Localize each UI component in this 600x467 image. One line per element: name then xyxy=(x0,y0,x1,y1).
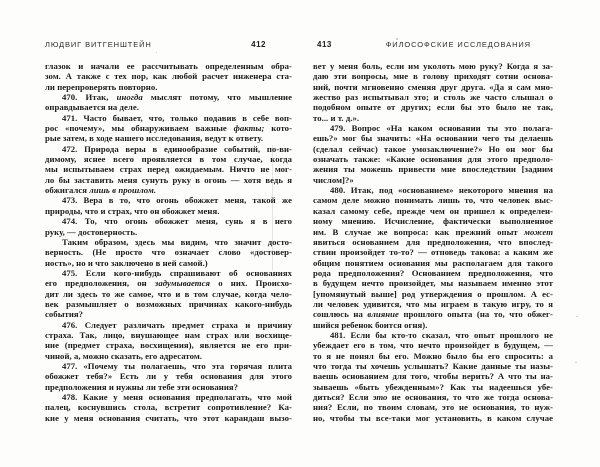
text-line: 473. Вера в то, что огонь обожжет меня, … xyxy=(45,195,292,205)
text-line: обжигался лишь в прошлом. xyxy=(45,185,292,195)
text-line: рые затем, в ходе нашего исследования, в… xyxy=(45,133,292,143)
text-line: палец, коснувшись стола, встретит сопрот… xyxy=(45,402,292,412)
text-line: век размышляет о возможных причинах како… xyxy=(45,299,292,309)
text-line: (сделал сейчас) такое умозаключение?» Но… xyxy=(313,144,553,154)
text-line: мы испытываем страх перед ожидаемым. Нич… xyxy=(45,164,292,174)
text-line: ние (предмет страха, восхищения), являет… xyxy=(45,340,292,350)
text-line: убеждает его в том, что нечто произойдет… xyxy=(313,340,553,350)
text-line: оправдывается на деле. xyxy=(45,102,292,112)
text-line: вет у меня боль, если им уколоть мою рук… xyxy=(313,61,553,71)
text-line: что тогда ты хочешь услышать? Какие данн… xyxy=(313,361,553,371)
text-line: общим понятием основания мы располагаем … xyxy=(313,258,553,268)
text-line: верность. (Не просто что означает слово … xyxy=(45,247,292,257)
text-line: ваешь основанием для того, чтобы верить?… xyxy=(313,371,553,381)
text-line: 470. Итак, иногда мыслят потому, что мыш… xyxy=(45,92,292,102)
gutter-shadow xyxy=(272,145,273,270)
text-line: страха. Так, лицо, внушающее нам страх и… xyxy=(45,330,292,340)
text-line: самом деле можно понимать лишь то, что ч… xyxy=(313,195,553,205)
text-line: руку, — достоверность. xyxy=(45,227,292,237)
text-line: 478. Какие у меня основания предполагать… xyxy=(45,392,292,402)
scan-speck xyxy=(576,316,578,317)
text-line: зываешь «быть убежденным»? Как ты надееш… xyxy=(313,382,553,392)
scan-speck xyxy=(156,52,157,53)
text-line: 479. Вопрос «На каком основании ты это п… xyxy=(313,123,553,133)
text-line: диться? Если это не основания, то что же… xyxy=(313,392,553,402)
page-number-left: 412 xyxy=(251,40,266,49)
text-line: то я не понял бы его. Можно было бы его … xyxy=(313,351,553,361)
text-line: глазок и начали ее рассчитывать определе… xyxy=(45,61,292,71)
text-line: 480. Итак, под «основанием» некоторого м… xyxy=(313,185,553,195)
text-line: ешь?» мог бы значить: «На основании чего… xyxy=(313,133,553,143)
text-line: то... и т. д.». xyxy=(313,113,553,123)
text-line: природы, что и страх, что он обожжет мен… xyxy=(45,206,292,216)
text-line: ло бы заставить меня сунуть руку в огонь… xyxy=(45,175,292,185)
running-head-left: ЛЮДВИГ ВИТГЕНШТЕЙН 412 xyxy=(45,40,292,52)
page-number-right: 413 xyxy=(317,40,332,49)
text-line: 477. «Почему ты полагаешь, что эта горяч… xyxy=(45,361,292,371)
running-title-author: ЛЮДВИГ ВИТГЕНШТЕЙН xyxy=(45,40,152,48)
scan-speck xyxy=(396,38,398,40)
page-text-left: глазок и начали ее рассчитывать определе… xyxy=(45,61,292,423)
text-line: предположения и нужны ли тебе эти основа… xyxy=(45,382,292,392)
text-line: обожжет тебя?» Есть ли у тебя основания … xyxy=(45,371,292,381)
text-line: сошлюсь на влияние прошлого опыта (на то… xyxy=(313,309,553,319)
text-line: в будущем нечто произойдет, мы называем … xyxy=(313,278,553,288)
text-line: ния? Если, по твоим словам, это не основ… xyxy=(313,402,553,412)
text-line: 476. Следует различать предмет страха и … xyxy=(45,320,292,330)
book-scan-spread: ЛЮДВИГ ВИТГЕНШТЕЙН 412 глазок и начали е… xyxy=(0,0,600,467)
text-line: зом. А также с тех пор, как любой расчет… xyxy=(45,71,292,81)
text-line: кие у меня основания считать, что этот к… xyxy=(45,413,292,423)
text-line: жения ты можешь привести мне впоследстви… xyxy=(313,164,553,174)
text-line: 472. Природа веры в единообразие событий… xyxy=(45,144,292,154)
text-line: 475. Если кого-нибудь спрашивают об осно… xyxy=(45,268,292,278)
text-line: дит ли здесь то же самое, что и в том сл… xyxy=(45,289,292,299)
page-right: 413 ФИЛОСОФСКИЕ ИССЛЕДОВАНИЯ вет у меня … xyxy=(313,40,553,423)
text-line: рос «почему», мы обнаруживаем важные фак… xyxy=(45,123,292,133)
text-line: 471. Часто бывает, что, только подавив в… xyxy=(45,113,292,123)
text-line: шийся ребенок боится огня). xyxy=(313,320,553,330)
text-line: события? xyxy=(45,309,292,319)
text-line: 481. Если бы кто-то сказал, что опыт про… xyxy=(313,330,553,340)
text-line: ному мнению. Исчисление, фактически выпо… xyxy=(313,216,553,226)
text-line: означать также: «Какие основания для это… xyxy=(313,154,553,164)
page-left: ЛЮДВИГ ВИТГЕНШТЕЙН 412 глазок и начали е… xyxy=(45,40,292,423)
text-line: ствии произойдет то-то? — отповедь таков… xyxy=(313,247,553,257)
text-line: жество раз испытывал это; и столь же час… xyxy=(313,92,553,102)
text-line: рода предположения? Основанием предполож… xyxy=(313,268,553,278)
text-line: ность», но и что заключено в ней самой.) xyxy=(45,258,292,268)
scan-speck xyxy=(575,362,577,363)
text-line: даю эти вопросы, мне в голову приходят с… xyxy=(313,71,553,81)
text-line: ли человек удивится, что мы играем в так… xyxy=(313,299,553,309)
text-line: казал самому себе, прежде чем он пришел … xyxy=(313,206,553,216)
text-line: подобном опыте от других; если бы это бы… xyxy=(313,102,553,112)
text-line: димому, яснее всего проявляется в том сл… xyxy=(45,154,292,164)
text-line: ли перепроверять повторно. xyxy=(45,82,292,92)
text-line: числом]?» xyxy=(313,175,553,185)
text-line: его предположения, он задумывается о них… xyxy=(45,278,292,288)
text-line: явиться основанием для предположения, чт… xyxy=(313,237,553,247)
text-line: [упомянутый выше] род утверждения о прош… xyxy=(313,289,553,299)
text-line: чиной, а, можно сказать, его адресатом. xyxy=(45,351,292,361)
text-line: но, чтобы ты все-таки мог установить, в … xyxy=(313,413,553,423)
text-line: им. В случае же вопроса: как прежний опы… xyxy=(313,227,553,237)
text-line: Таким образом, здесь мы видим, что значи… xyxy=(45,237,292,247)
running-head-right: 413 ФИЛОСОФСКИЕ ИССЛЕДОВАНИЯ xyxy=(313,40,553,52)
running-title-book: ФИЛОСОФСКИЕ ИССЛЕДОВАНИЯ xyxy=(386,40,531,48)
page-text-right: вет у меня боль, если им уколоть мою рук… xyxy=(313,61,553,423)
text-line: 474. То, что огонь обожжет меня, сунь я … xyxy=(45,216,292,226)
text-line: ний, почти мгновенно сменяя друг друга. … xyxy=(313,82,553,92)
